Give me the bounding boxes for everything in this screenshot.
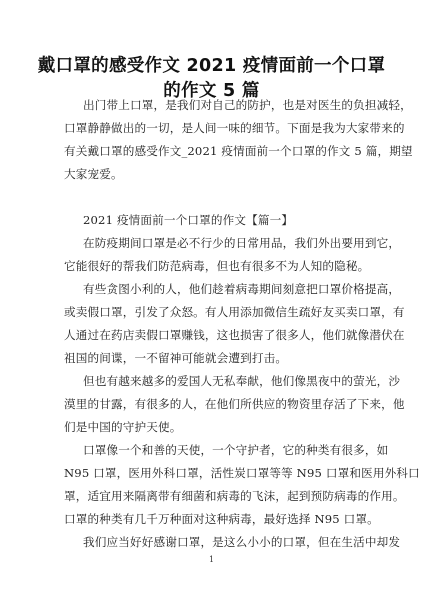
body-text-line: 或卖假口罩，引发了众怒。有人用添加微信生疏好友买卖口罩，有	[64, 305, 354, 319]
body-text-line: 出门带上口罩，是我们对自己的防护，也是对医生的负担减轻，	[83, 98, 354, 112]
page-number: 1	[0, 555, 423, 564]
body-text-line: 有些贪图小利的人，他们趁着病毒期间刻意把口罩价格提高，	[83, 282, 354, 296]
body-text-line: 祖国的间谍，一不留神可能就会遭到打击。	[64, 351, 354, 365]
body-text-line: 但也有越来越多的爱国人无私奉献，他们像黑夜中的萤光，沙	[83, 374, 354, 388]
body-text-line: 它能很好的帮我们防范病毒，但也有很多不为人知的隐秘。	[64, 259, 354, 273]
document-title-line-1: 戴口罩的感受作文 2021 疫情面前一个口罩	[0, 52, 423, 77]
body-text-line: 有关戴口罩的感受作文_2021 疫情面前一个口罩的作文 5 篇，期望	[64, 144, 354, 158]
body-text-line: 我们应当好好感谢口罩，是这么小小的口罩，但在生活中却发	[83, 535, 354, 549]
body-text-line: N95 口罩，医用外科口罩，活性炭口罩等等 N95 口罩和医用外科口	[64, 466, 354, 480]
body-text-line: 口罩像一个和善的天使，一个守护者，它的种类有很多，如	[83, 443, 354, 457]
body-text-line: 罩，适宜用来隔离带有细菌和病毒的飞沫，起到预防病毒的作用。	[64, 489, 354, 503]
body-text-line: 人通过在药店卖假口罩赚钱，这也损害了很多人，他们就像潜伏在	[64, 328, 354, 342]
body-text-line: 们是中国的守护天使。	[64, 420, 354, 434]
body-text-line: 口罩静静做出的一切，是人间一味的细节。下面是我为大家带来的	[64, 121, 354, 135]
body-text-line: 大家宠爱。	[64, 167, 354, 181]
document-page: 戴口罩的感受作文 2021 疫情面前一个口罩 的作文 5 篇 出门带上口罩，是我…	[0, 0, 423, 600]
body-text-line: 2021 疫情面前一个口罩的作文【篇一】	[83, 213, 354, 227]
body-text-line: 漠里的甘露，有很多的人，在他们所供应的物资里存活了下来，他	[64, 397, 354, 411]
body-text-line: 口罩的种类有几千万种面对这种病毒，最好选择 N95 口罩。	[64, 512, 354, 526]
body-text-line: 在防疫期间口罩是必不行少的日常用品，我们外出要用到它，	[83, 236, 354, 250]
